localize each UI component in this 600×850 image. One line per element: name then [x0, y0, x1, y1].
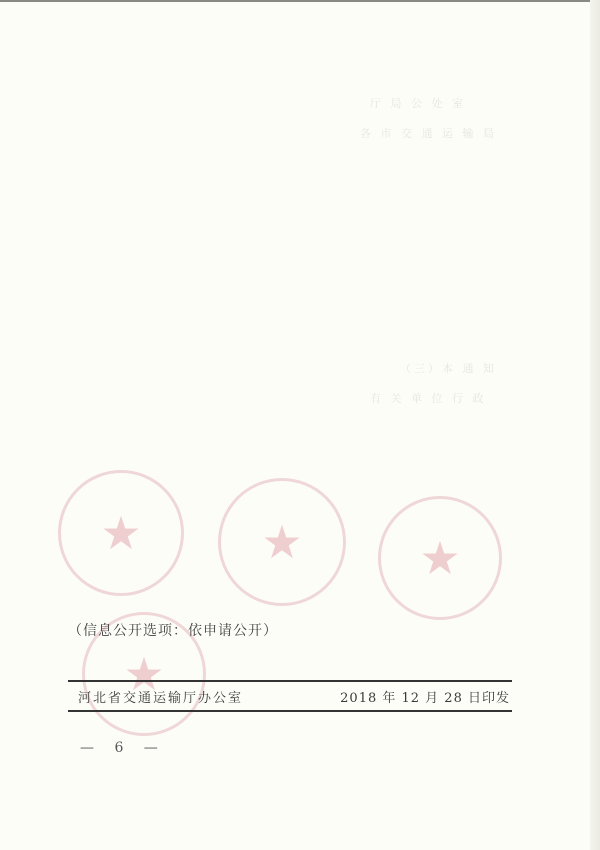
issuer: 河北省交通运输厅办公室 [78, 687, 243, 706]
bleed-through-text: （三）本 通 知 [400, 360, 497, 376]
issued-date: 2018 年 12 月 28 日印发 [340, 687, 510, 706]
disclosure-note: （信息公开选项：依申请公开） [68, 620, 278, 640]
official-seal: ★ [378, 496, 502, 620]
star-icon: ★ [100, 510, 141, 556]
star-icon: ★ [261, 519, 302, 565]
bottom-rule [68, 710, 512, 712]
scan-top-edge [0, 0, 600, 2]
official-seal: ★ [58, 470, 184, 596]
top-rule [68, 680, 512, 682]
scan-right-edge [590, 0, 600, 850]
star-icon: ★ [419, 535, 460, 581]
bleed-through-text: 有 关 单 位 行 政 [370, 390, 486, 406]
bleed-through-text: 各 市 交 通 运 输 局 [360, 125, 497, 141]
bleed-through-text: 厅 局 公 处 室 [370, 95, 466, 111]
official-seal: ★ [218, 478, 346, 606]
page-number: — 6 — [80, 740, 166, 756]
